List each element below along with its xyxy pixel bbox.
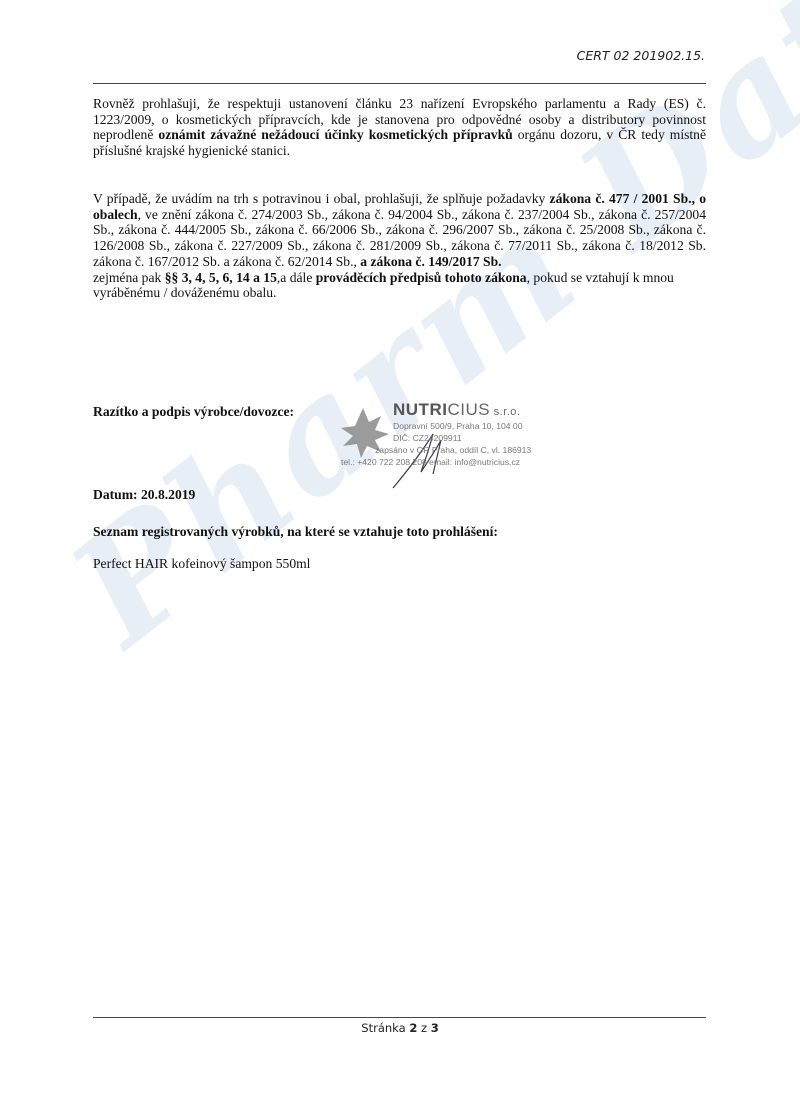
date-label: Datum:	[93, 487, 141, 502]
product-list-title: Seznam registrovaných výrobků, na které …	[93, 524, 498, 540]
header-divider	[93, 83, 706, 84]
stamp-signature-label: Razítko a podpis výrobce/dovozce:	[93, 404, 294, 420]
product-item: Perfect HAIR kofeinový šampon 550ml	[93, 556, 310, 572]
footer-divider	[93, 1017, 706, 1018]
stamp-contact: tel.: +420 722 208 208 email: info@nutri…	[341, 457, 520, 467]
stamp-tax-id: DIČ: CZ24209911	[393, 433, 462, 443]
page-number: Stránka 2 z 3	[0, 1021, 800, 1035]
stamp-brand: NUTRICIUS s.r.o.	[393, 400, 520, 420]
packaging-law-main: V případě, že uvádím na trh s potravinou…	[93, 191, 706, 270]
stamp-registration: zapsáno v OR Praha, oddíl C, vl. 186913	[375, 445, 531, 455]
stamp-address: Dopravní 500/9, Praha 10, 104 00	[393, 421, 522, 431]
paragraph-packaging-law: V případě, že uvádím na trh s potravinou…	[93, 191, 706, 301]
document-page: Pharm Data s.r.o. CERT 02 201902.15. Rov…	[0, 0, 800, 1100]
total-pages: 3	[431, 1021, 439, 1035]
date-line: Datum: 20.8.2019	[93, 487, 195, 503]
document-reference: CERT 02 201902.15.	[577, 48, 705, 63]
paragraph-cosmetics-regulation: Rovněž prohlašuji, že respektuji ustanov…	[93, 96, 706, 159]
date-value: 20.8.2019	[141, 487, 195, 502]
packaging-law-scope: zejména pak §§ 3, 4, 5, 6, 14 a 15,a dál…	[93, 270, 706, 301]
company-stamp: NUTRICIUS s.r.o. Dopravní 500/9, Praha 1…	[333, 400, 533, 490]
